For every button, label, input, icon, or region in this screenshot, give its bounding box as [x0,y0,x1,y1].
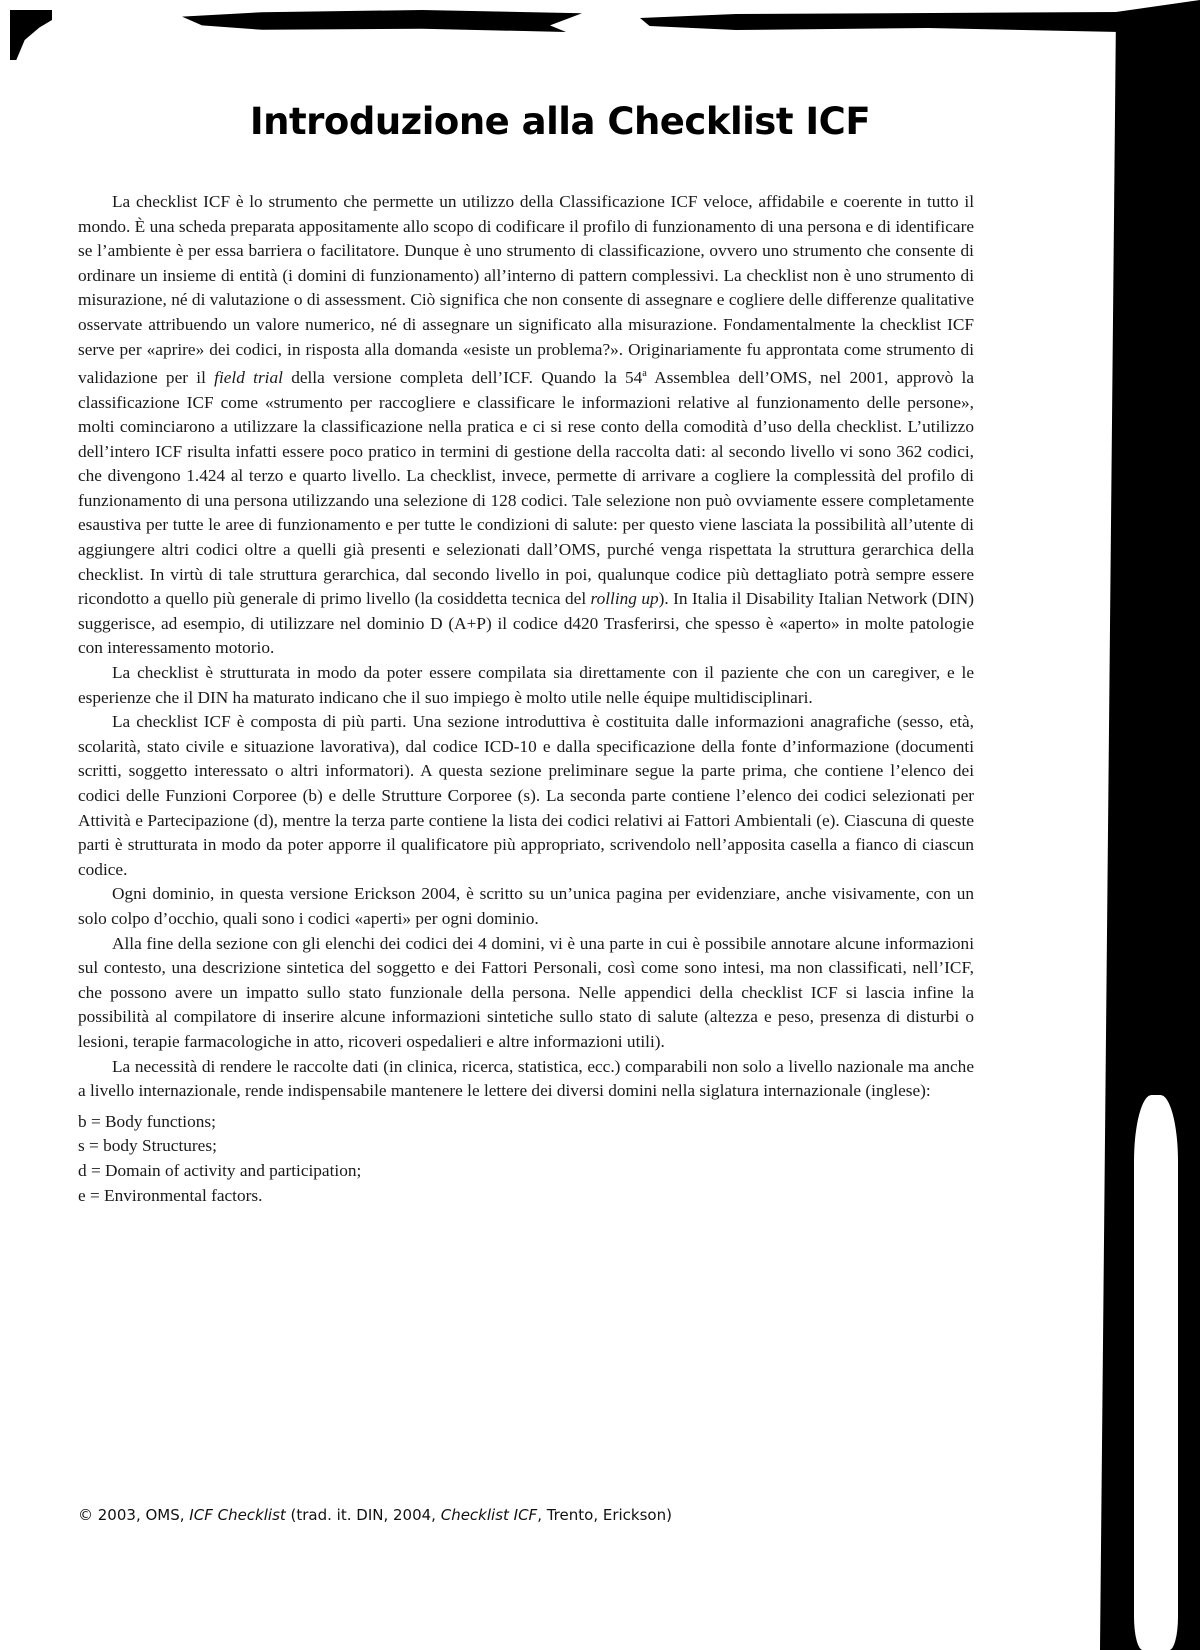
domain-code-item: e = Environmental factors. [78,1184,974,1209]
document-body: La checklist ICF è lo strumento che perm… [78,190,974,1208]
paragraph: La necessità di rendere le raccolte dati… [78,1055,974,1104]
text-run: , Trento, Erickson) [537,1506,672,1524]
text-run: © 2003, OMS, [78,1506,189,1524]
italic-term: rolling up [591,589,659,608]
copyright-footer: © 2003, OMS, ICF Checklist (trad. it. DI… [78,1506,672,1524]
paragraph: La checklist è strutturata in modo da po… [78,661,974,710]
italic-term: ICF Checklist [189,1506,285,1524]
scan-artifact-right-blob [1134,1095,1178,1650]
domain-code-item: d = Domain of activity and participation… [78,1159,974,1184]
page-title: Introduzione alla Checklist ICF [0,100,1120,143]
text-run: Ogni dominio, in questa versione Erickso… [78,884,974,928]
text-run: La necessità di rendere le raccolte dati… [78,1057,974,1101]
scan-artifact-top-left [10,10,52,60]
scan-artifact-top-bar [182,10,582,32]
paragraph: Ogni dominio, in questa versione Erickso… [78,882,974,931]
paragraph-list: La checklist ICF è lo strumento che perm… [78,190,974,1104]
scan-artifact-top-bar [640,12,1120,32]
domain-code-list: b = Body functions;s = body Structures;d… [78,1110,974,1208]
domain-code-item: b = Body functions; [78,1110,974,1135]
text-run: Alla fine della sezione con gli elenchi … [78,934,974,1051]
text-run: La checklist è strutturata in modo da po… [78,663,974,707]
text-run: della versione completa dell’ICF. Quando… [283,368,642,387]
text-run: Assemblea dell’OMS, nel 2001, approvò la… [78,368,974,608]
paragraph: Alla fine della sezione con gli elenchi … [78,932,974,1055]
paragraph: La checklist ICF è composta di più parti… [78,710,974,882]
text-run: La checklist ICF è lo strumento che perm… [78,192,974,387]
text-run: (trad. it. DIN, 2004, [286,1506,441,1524]
italic-term: field trial [214,368,283,387]
domain-code-item: s = body Structures; [78,1134,974,1159]
italic-term: Checklist ICF [441,1506,537,1524]
text-run: La checklist ICF è composta di più parti… [78,712,974,879]
paragraph: La checklist ICF è lo strumento che perm… [78,190,974,661]
